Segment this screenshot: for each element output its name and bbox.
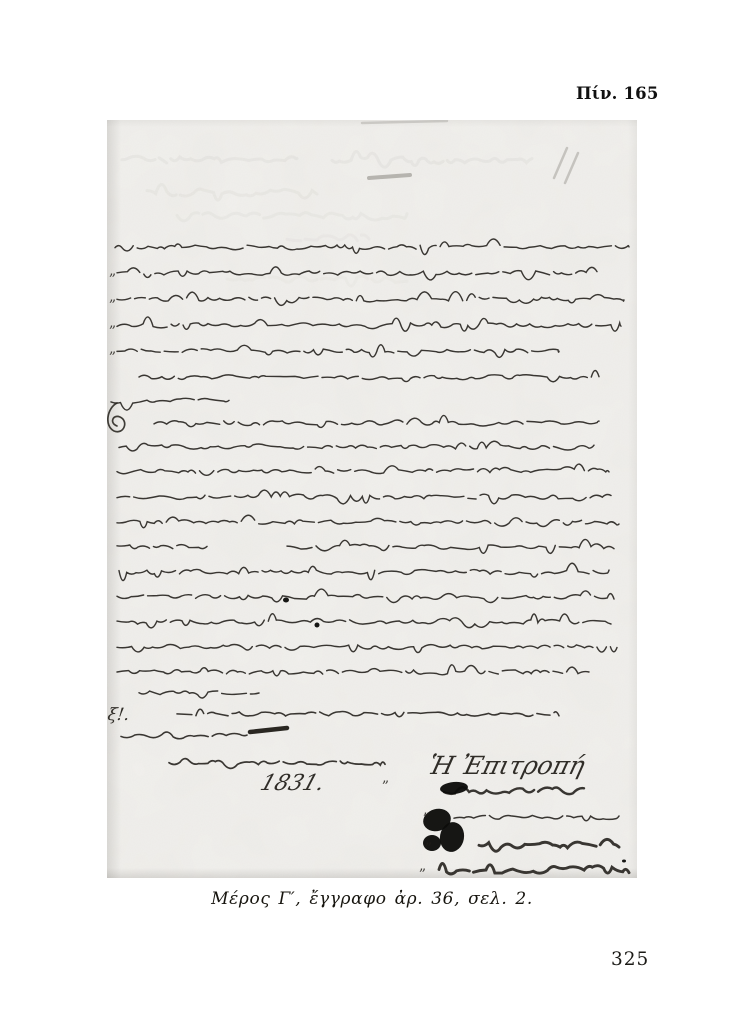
svg-text:„: „ <box>109 341 116 357</box>
page-number: 325 <box>611 949 649 970</box>
svg-text:„: „ <box>109 263 116 279</box>
svg-text:„: „ <box>425 832 432 848</box>
plate-label: Πίν. 165 <box>576 84 659 103</box>
book-page: Πίν. 165 „„„„„„„„Ἡ Ἐπιτροπή1831.ξ!. Μέ <box>0 0 743 1027</box>
svg-text:1831.: 1831. <box>257 771 328 796</box>
svg-text:„: „ <box>419 858 426 874</box>
svg-text:„: „ <box>109 315 116 331</box>
manuscript-photo: „„„„„„„„Ἡ Ἐπιτροπή1831.ξ!. <box>107 120 637 878</box>
svg-text:„: „ <box>423 802 430 818</box>
figure-caption: Μέρος Γ′, ἔγγραφο ἀρ. 36, σελ. 2. <box>107 889 637 909</box>
svg-text:Ἡ Ἐπιτροπή: Ἡ Ἐπιτροπή <box>426 750 589 780</box>
svg-text:„: „ <box>109 289 116 305</box>
manuscript-handwriting: „„„„„„„„Ἡ Ἐπιτροπή1831.ξ!. <box>107 120 637 878</box>
svg-text:ξ!.: ξ!. <box>107 705 131 725</box>
svg-text:„: „ <box>382 770 389 786</box>
